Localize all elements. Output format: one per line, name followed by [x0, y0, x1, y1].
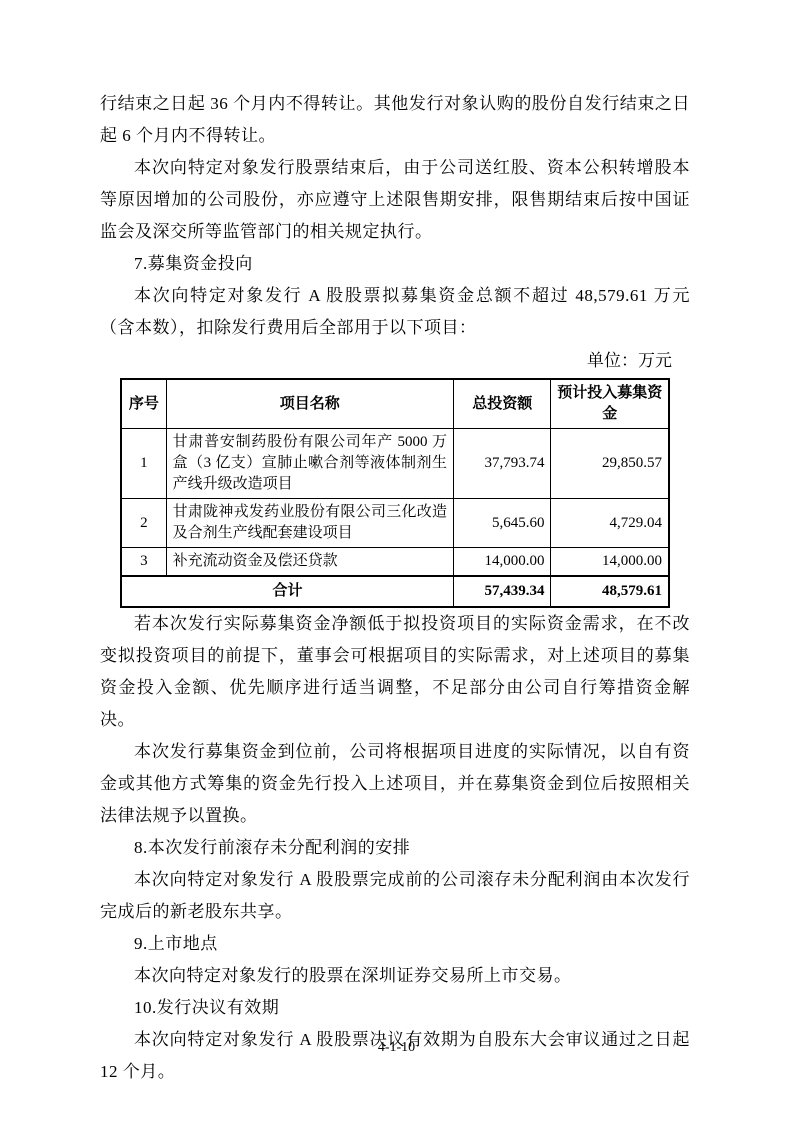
- row-1-seq: 1: [121, 429, 166, 499]
- fundraising-projects-table: 序号 项目名称 总投资额 预计投入募集资金 1 甘肃普安制药股份有限公司年产 5…: [120, 378, 670, 608]
- row-3-seq: 3: [121, 548, 166, 577]
- total-row-label: 合计: [121, 576, 453, 607]
- row-2-raised-funds: 4,729.04: [551, 499, 669, 548]
- row-2-seq: 2: [121, 499, 166, 548]
- heading-section-9: 9.上市地点: [100, 928, 690, 960]
- table-row: 3 补充流动资金及偿还贷款 14,000.00 14,000.00: [121, 548, 669, 577]
- row-1-project-name: 甘肃普安制药股份有限公司年产 5000 万盒（3 亿支）宣肺止嗽合剂等液体制剂生…: [166, 429, 453, 499]
- heading-section-8: 8.本次发行前滚存未分配利润的安排: [100, 832, 690, 864]
- total-row-total-investment: 57,439.34: [453, 576, 550, 607]
- paragraph-advance-funding: 本次发行募集资金到位前，公司将根据项目进度的实际情况，以自有资金或其他方式筹集的…: [100, 736, 690, 832]
- paragraph-lockup-continuation: 行结束之日起 36 个月内不得转让。其他发行对象认购的股份自发行结束之日起 6 …: [100, 88, 690, 152]
- paragraph-bonus-share-lockup: 本次向特定对象发行股票结束后，由于公司送红股、资本公积转增股本等原因增加的公司股…: [100, 152, 690, 248]
- paragraph-listing-venue: 本次向特定对象发行的股票在深圳证券交易所上市交易。: [100, 960, 690, 992]
- paragraph-retained-profit: 本次向特定对象发行 A 股股票完成前的公司滚存未分配利润由本次发行完成后的新老股…: [100, 864, 690, 928]
- row-1-total-investment: 37,793.74: [453, 429, 550, 499]
- document-page: 行结束之日起 36 个月内不得转让。其他发行对象认购的股份自发行结束之日起 6 …: [0, 0, 793, 1122]
- header-raised-funds: 预计投入募集资金: [551, 379, 669, 429]
- row-2-total-investment: 5,645.60: [453, 499, 550, 548]
- header-project-name: 项目名称: [166, 379, 453, 429]
- table-unit-label: 单位：万元: [100, 344, 672, 376]
- heading-section-10: 10.发行决议有效期: [100, 992, 690, 1024]
- table-header-row: 序号 项目名称 总投资额 预计投入募集资金: [121, 379, 669, 429]
- paragraph-raise-total: 本次向特定对象发行 A 股股票拟募集资金总额不超过 48,579.61 万元（含…: [100, 280, 690, 344]
- header-total-investment: 总投资额: [453, 379, 550, 429]
- total-row-raised-funds: 48,579.61: [551, 576, 669, 607]
- heading-section-7: 7.募集资金投向: [100, 248, 690, 280]
- row-1-raised-funds: 29,850.57: [551, 429, 669, 499]
- page-number: 4-1-10: [0, 1038, 793, 1058]
- table-row: 1 甘肃普安制药股份有限公司年产 5000 万盒（3 亿支）宣肺止嗽合剂等液体制…: [121, 429, 669, 499]
- header-seq-no: 序号: [121, 379, 166, 429]
- row-3-project-name: 补充流动资金及偿还贷款: [166, 548, 453, 577]
- table-row: 2 甘肃陇神戎发药业股份有限公司三化改造及合剂生产线配套建设项目 5,645.6…: [121, 499, 669, 548]
- row-3-raised-funds: 14,000.00: [551, 548, 669, 577]
- table-total-row: 合计 57,439.34 48,579.61: [121, 576, 669, 607]
- paragraph-shortfall-arrangement: 若本次发行实际募集资金净额低于拟投资项目的实际资金需求，在不改变拟投资项目的前提…: [100, 608, 690, 736]
- row-2-project-name: 甘肃陇神戎发药业股份有限公司三化改造及合剂生产线配套建设项目: [166, 499, 453, 548]
- row-3-total-investment: 14,000.00: [453, 548, 550, 577]
